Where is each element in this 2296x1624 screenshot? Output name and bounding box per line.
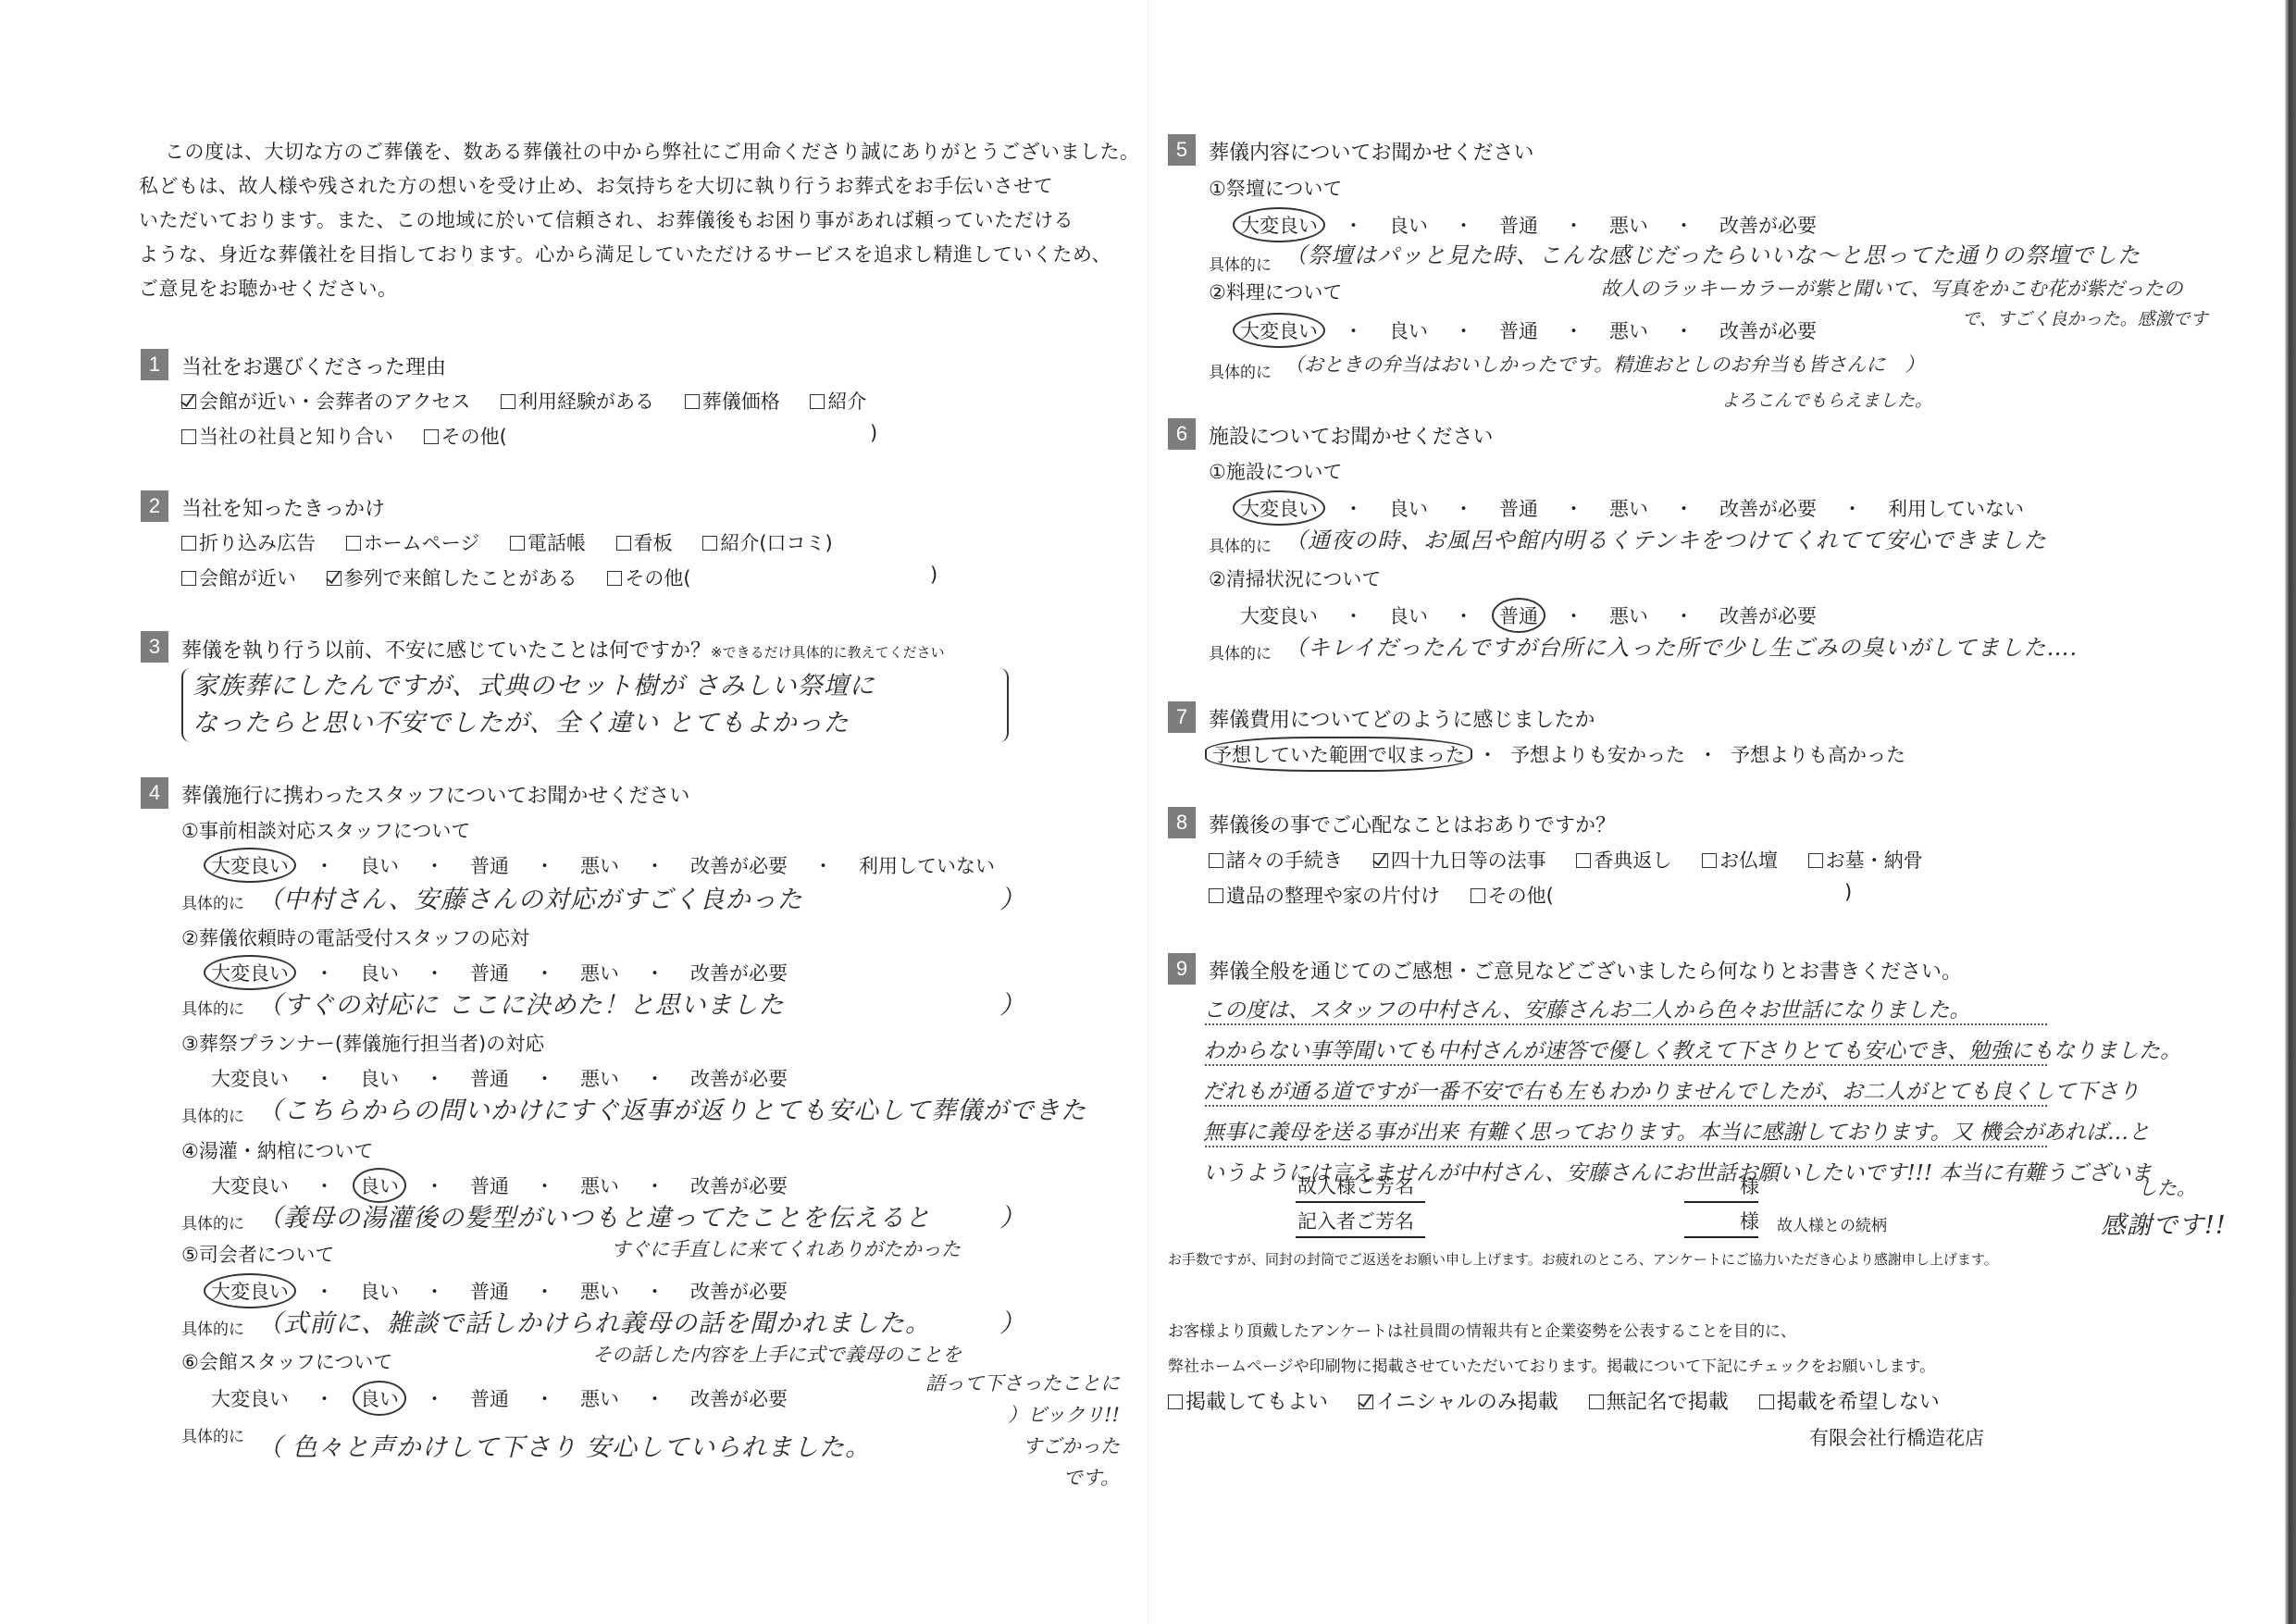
q5-item-1-answer[interactable]: （祭壇はパッと見た時、こんな感じだったらいいな〜と思ってた通りの祭壇でした bbox=[1285, 237, 2141, 269]
checkbox-icon[interactable] bbox=[1576, 853, 1591, 868]
checkbox-icon[interactable] bbox=[501, 394, 515, 409]
q9-margin-note: 感謝です!! bbox=[2101, 1205, 2227, 1241]
question-3-note: ※できるだけ具体的に教えてください bbox=[711, 644, 945, 661]
intro-line: ご意見をお聴かせください。 bbox=[139, 272, 1140, 306]
writer-name-underline bbox=[1296, 1236, 1425, 1238]
honorific: 様 bbox=[1740, 1207, 1759, 1234]
question-3-badge: 3 bbox=[141, 631, 168, 663]
checkbox-icon[interactable] bbox=[1168, 1395, 1183, 1409]
checkbox-option[interactable]: 電話帳 bbox=[510, 532, 586, 554]
intro-line: 私どもは、故人様や残された方の想いを受け止め、お気持ちを大切に執り行うお葬式をお… bbox=[139, 169, 1140, 204]
q5-item-2-answer[interactable]: （おときの弁当はおいしかったです。精進おとしのお弁当も皆さんに ） bbox=[1285, 350, 1924, 378]
q4-item-6-side-note: 語って下さったことに ）ビックリ!! すごかった です。 bbox=[925, 1368, 1120, 1494]
checkbox-icon[interactable] bbox=[607, 571, 622, 586]
q4-item-2-label: ②葬儀依頼時の電話受付スタッフの応対 bbox=[181, 924, 529, 951]
q4-item-5-answer[interactable]: （式前に、雑談で話しかけられ義母の話を聞かれました。 bbox=[257, 1303, 931, 1339]
q5-item-1-label: ①祭壇について bbox=[1209, 174, 1342, 202]
checkbox-option[interactable]: お墓・納骨 bbox=[1808, 849, 1923, 872]
rating-option[interactable]: 悪い bbox=[580, 1384, 619, 1412]
rating-option[interactable]: 良い bbox=[360, 1064, 399, 1092]
cost-option-selected[interactable]: 予想していた範囲で収まった bbox=[1205, 737, 1472, 772]
q4-item-5-answer-cont: その話した内容を上手に式で義母のことを bbox=[592, 1340, 962, 1368]
question-4-title: 葬儀施行に携わったスタッフについてお聞かせください bbox=[181, 780, 689, 809]
question-2-options-row1: 折り込み広告 ホームページ 電話帳 看板 紹介(口コミ) bbox=[181, 528, 857, 556]
specific-label: 具体的に bbox=[181, 890, 244, 913]
checkbox-option[interactable]: 紹介(口コミ) bbox=[702, 532, 832, 554]
specific-label: 具体的に bbox=[181, 1103, 244, 1126]
cost-option[interactable]: 予想よりも高かった bbox=[1731, 740, 1905, 768]
rating-option[interactable]: 悪い bbox=[1609, 601, 1648, 629]
checkbox-option[interactable]: その他( bbox=[1471, 885, 1554, 907]
checkbox-option[interactable]: 利用経験がある bbox=[501, 391, 654, 413]
cost-option[interactable]: 予想よりも安かった bbox=[1510, 740, 1685, 768]
q6-item-1-rating: 大変良い・ 良い・ 普通・ 悪い・ 改善が必要・ 利用していない bbox=[1240, 494, 2024, 522]
rating-option[interactable]: 悪い bbox=[580, 851, 619, 879]
checkbox-option[interactable]: 看板 bbox=[616, 532, 673, 554]
question-8-options-row2: 遺品の整理や家の片付け その他( bbox=[1209, 881, 1578, 909]
rating-option[interactable]: 大変良い bbox=[1240, 601, 1318, 629]
rating-option-selected[interactable]: 大変良い bbox=[204, 848, 296, 883]
question-3-title: 葬儀を執り行う以前、不安に感じていたことは何ですか？※できるだけ具体的に教えてく… bbox=[181, 635, 945, 663]
q4-item-1-rating: 大変良い・ 良い・ 普通・ 悪い・ 改善が必要・ 利用していない bbox=[211, 851, 995, 879]
checkbox-option[interactable]: ホームページ bbox=[346, 532, 480, 554]
checkbox-option[interactable]: イニシャルのみ掲載 bbox=[1359, 1391, 1558, 1414]
q6-item-2-answer[interactable]: （キレイだったんですが台所に入った所で少し生ごみの臭いがしてました…. bbox=[1285, 629, 2078, 662]
rating-option[interactable]: 良い bbox=[1389, 601, 1428, 629]
q4-item-1-label: ①事前相談対応スタッフについて bbox=[181, 816, 470, 844]
question-7-title: 葬儀費用についてどのように感じましたか bbox=[1209, 704, 1595, 733]
question-8-title: 葬儀後の事でご心配なことはおありですか？ bbox=[1209, 810, 1616, 838]
close-paren: ） bbox=[999, 1197, 1025, 1233]
q4-item-6-answer[interactable]: （ 色々と声かけして下さり 安心していられました。 bbox=[257, 1427, 871, 1463]
page-fold bbox=[1148, 0, 1148, 1624]
checkbox-option[interactable]: 会館が近い bbox=[181, 567, 296, 589]
checkbox-icon[interactable] bbox=[1589, 1395, 1604, 1409]
q6-item-2-label: ②清掃状況について bbox=[1209, 564, 1381, 592]
scan-edge bbox=[2285, 0, 2296, 1624]
q4-item-4-label: ④湯灌・納棺について bbox=[181, 1136, 373, 1164]
writer-name-field[interactable] bbox=[1684, 1236, 1758, 1238]
rating-option[interactable]: 悪い bbox=[1609, 211, 1648, 239]
close-paren: ) bbox=[930, 564, 937, 586]
rating-option[interactable]: 大変良い bbox=[211, 1384, 289, 1412]
rating-option[interactable]: 悪い bbox=[580, 1172, 619, 1199]
rating-option[interactable]: 普通 bbox=[470, 1384, 509, 1412]
checkbox-option[interactable]: その他( bbox=[424, 426, 507, 448]
rating-option[interactable]: 普通 bbox=[470, 959, 509, 986]
checkbox-icon[interactable] bbox=[510, 536, 525, 551]
q4-item-6-rating: 大変良い・ 良い・ 普通・ 悪い・ 改善が必要 bbox=[211, 1384, 788, 1412]
rating-option[interactable]: 悪い bbox=[580, 959, 619, 986]
specific-label: 具体的に bbox=[181, 1423, 244, 1446]
writer-name-label: 記入者ご芳名 bbox=[1297, 1207, 1414, 1234]
specific-label: 具体的に bbox=[181, 1210, 244, 1233]
q5-item-1-answer-cont: で、すごく良かった。感激です bbox=[1962, 305, 2208, 330]
checkbox-icon[interactable] bbox=[702, 536, 717, 551]
checkbox-icon[interactable] bbox=[1759, 1395, 1774, 1409]
q4-item-5-rating: 大変良い・ 良い・ 普通・ 悪い・ 改善が必要 bbox=[211, 1277, 788, 1305]
specific-label: 具体的に bbox=[1209, 359, 1272, 382]
checkbox-icon[interactable] bbox=[181, 429, 196, 444]
q4-item-2-answer[interactable]: （すぐの対応に ここに決めた！と思いました bbox=[257, 985, 785, 1021]
q4-item-3-answer[interactable]: （こちらからの問いかけにすぐ返事が返りとても安心して葬儀ができた bbox=[257, 1090, 1086, 1126]
rating-option[interactable]: 大変良い bbox=[211, 1064, 289, 1092]
rating-option[interactable]: 改善が必要 bbox=[690, 1384, 788, 1412]
intro-line: この度は、大切な方のご葬儀を、数ある葬儀社の中から弊社にご用命くださり誠にありが… bbox=[165, 135, 1140, 169]
checkbox-icon[interactable] bbox=[1808, 853, 1823, 868]
checkbox-option[interactable]: 折り込み広告 bbox=[181, 532, 316, 554]
question-2-title: 当社を知ったきっかけ bbox=[181, 493, 385, 522]
question-1-badge: 1 bbox=[141, 349, 168, 380]
rating-option[interactable]: 普通 bbox=[470, 1277, 509, 1305]
company-name: 有限会社行橋造花店 bbox=[1809, 1423, 1984, 1451]
rating-option[interactable]: 改善が必要 bbox=[1719, 494, 1817, 522]
checkbox-option[interactable]: お仏壇 bbox=[1702, 849, 1778, 872]
checkbox-option[interactable]: 遺品の整理や家の片付け bbox=[1209, 885, 1440, 907]
checkbox-icon[interactable] bbox=[181, 571, 196, 586]
question-9-badge: 9 bbox=[1168, 953, 1196, 985]
publication-text-2: 弊社ホームページや印刷物に掲載させていただいております。掲載について下記にチェッ… bbox=[1168, 1353, 1935, 1376]
checkbox-checked-icon[interactable] bbox=[327, 571, 341, 586]
honorific: 様 bbox=[1740, 1172, 1759, 1199]
q4-item-4-answer-cont: すぐに手直しに来てくれありがたかった bbox=[611, 1234, 961, 1262]
checkbox-icon[interactable] bbox=[346, 536, 361, 551]
rating-option[interactable]: 大変良い bbox=[211, 1172, 289, 1199]
checkbox-icon[interactable] bbox=[1209, 853, 1223, 868]
rating-option[interactable]: 良い bbox=[1389, 211, 1428, 239]
rating-option[interactable]: 改善が必要 bbox=[690, 851, 788, 879]
rating-option[interactable]: 普通 bbox=[1499, 211, 1538, 239]
close-paren: ） bbox=[999, 985, 1025, 1021]
checkbox-option[interactable]: 香典返し bbox=[1576, 849, 1671, 872]
checkbox-option[interactable]: 葬儀価格 bbox=[685, 391, 780, 413]
q4-item-4-rating: 大変良い・ 良い・ 普通・ 悪い・ 改善が必要 bbox=[211, 1172, 788, 1199]
checkbox-option[interactable]: 参列で来館したことがある bbox=[327, 567, 577, 589]
checkbox-option[interactable]: 諸々の手続き bbox=[1209, 849, 1343, 872]
q5-item-1-rating: 大変良い・ 良い・ 普通・ 悪い・ 改善が必要 bbox=[1240, 211, 1817, 239]
q4-item-2-rating: 大変良い・ 良い・ 普通・ 悪い・ 改善が必要 bbox=[211, 959, 788, 986]
q4-item-3-label: ③葬祭プランナー(葬儀施行担当者)の対応 bbox=[181, 1029, 544, 1057]
rating-option[interactable]: 悪い bbox=[1609, 316, 1648, 344]
close-paren: ) bbox=[1844, 881, 1852, 903]
checkbox-icon[interactable] bbox=[1471, 888, 1485, 903]
rating-option[interactable]: 改善が必要 bbox=[690, 959, 788, 986]
checkbox-icon[interactable] bbox=[424, 429, 439, 444]
rating-option[interactable]: 普通 bbox=[1499, 494, 1538, 522]
q7-options: 予想していた範囲で収まった・ 予想よりも安かった・ 予想よりも高かった bbox=[1212, 740, 1905, 768]
checkbox-option[interactable]: 掲載を希望しない bbox=[1759, 1391, 1940, 1414]
q5-item-2-answer-cont: よろこんでもらえました。 bbox=[1721, 387, 1932, 412]
q9-answer[interactable]: この度は、スタッフの中村さん、安藤さんお二人から色々お世話になりました。 わから… bbox=[1203, 990, 2181, 1194]
question-8-options-row1: 諸々の手続き 四十九日等の法事 香典返し お仏壇 お墓・納骨 bbox=[1209, 846, 1947, 874]
checkbox-checked-icon[interactable] bbox=[181, 394, 196, 409]
checkbox-option[interactable]: その他( bbox=[607, 567, 690, 589]
question-6-title: 施設についてお聞かせください bbox=[1209, 421, 1494, 450]
question-5-title: 葬儀内容についてお聞かせください bbox=[1209, 137, 1534, 166]
checkbox-option[interactable]: 掲載してもよい bbox=[1168, 1391, 1328, 1414]
question-1-options-row2: 当社の社員と知り合い その他( bbox=[181, 422, 531, 450]
close-paren: ） bbox=[999, 1303, 1025, 1339]
answer-line bbox=[1205, 1146, 2047, 1147]
question-9-title: 葬儀全般を通じてのご感想・ご意見などございましたら何なりとお書きください。 bbox=[1209, 956, 1962, 985]
checkbox-icon[interactable] bbox=[1702, 853, 1717, 868]
checkbox-option[interactable]: 会館が近い・会葬者のアクセス bbox=[181, 391, 470, 413]
specific-label: 具体的に bbox=[1209, 533, 1272, 556]
rating-option[interactable]: 普通 bbox=[470, 1064, 509, 1092]
rating-option[interactable]: 良い bbox=[1389, 316, 1428, 344]
rating-option-selected[interactable]: 普通 bbox=[1492, 598, 1545, 633]
checkbox-icon[interactable] bbox=[1209, 888, 1223, 903]
intro-line: いただいております。また、この地域に於いて信頼され、お葬儀後もお困り事があれば頼… bbox=[139, 204, 1140, 238]
question-1-title: 当社をお選びくださった理由 bbox=[181, 352, 446, 380]
deceased-name-label: 故人様ご芳名 bbox=[1297, 1172, 1414, 1199]
question-2-badge: 2 bbox=[141, 490, 168, 522]
checkbox-option[interactable]: 四十九日等の法事 bbox=[1373, 849, 1546, 872]
q5-item-2-rating: 大変良い・ 良い・ 普通・ 悪い・ 改善が必要 bbox=[1240, 316, 1817, 344]
close-paren: ) bbox=[870, 422, 877, 444]
rating-option[interactable]: 悪い bbox=[580, 1064, 619, 1092]
q4-item-1-answer[interactable]: （中村さん、安藤さんの対応がすごく良かった bbox=[257, 879, 803, 915]
checkbox-icon[interactable] bbox=[616, 536, 631, 551]
q6-item-1-label: ①施設について bbox=[1209, 457, 1342, 485]
publication-options: 掲載してもよい イニシャルのみ掲載 無記名で掲載 掲載を希望しない bbox=[1168, 1386, 1964, 1415]
q6-item-1-answer[interactable]: （通夜の時、お風呂や館内明るくテンキをつけてくれてて安心できました bbox=[1285, 522, 2047, 554]
publication-text-1: お客様より頂戴したアンケートは社員間の情報共有と企業姿勢を公表することを目的に、 bbox=[1168, 1318, 1796, 1341]
relation-label: 故人様との続柄 bbox=[1777, 1212, 1887, 1235]
rating-option[interactable]: 良い bbox=[360, 851, 399, 879]
q5-item-2-label: ②料理について bbox=[1209, 278, 1342, 305]
q5-item-1-answer-cont: 故人のラッキーカラーが紫と聞いて、写真をかこむ花が紫だったの bbox=[1601, 274, 2183, 302]
rating-option[interactable]: 良い bbox=[1389, 494, 1428, 522]
specific-label: 具体的に bbox=[1209, 640, 1272, 663]
q4-item-3-rating: 大変良い・ 良い・ 普通・ 悪い・ 改善が必要 bbox=[211, 1064, 788, 1092]
answer-line bbox=[1205, 1023, 2047, 1025]
question-4-badge: 4 bbox=[141, 777, 168, 809]
rating-option[interactable]: 改善が必要 bbox=[1719, 211, 1817, 239]
answer-line bbox=[1205, 1064, 2047, 1066]
rating-option[interactable]: 利用していない bbox=[1888, 494, 2024, 522]
q4-item-4-answer[interactable]: （義母の湯灌後の髪型がいつもと違ってたことを伝えると bbox=[257, 1197, 931, 1233]
rating-option[interactable]: 良い bbox=[360, 1277, 399, 1305]
close-paren: ） bbox=[999, 879, 1025, 915]
rating-option[interactable]: 悪い bbox=[580, 1277, 619, 1305]
checkbox-icon[interactable] bbox=[685, 394, 700, 409]
checkbox-icon[interactable] bbox=[810, 394, 825, 409]
closing-note: お手数ですが、同封の封筒でご返送をお願い申し上げます。お疲れのところ、アンケート… bbox=[1168, 1249, 1998, 1269]
rating-option-selected[interactable]: 大変良い bbox=[1233, 313, 1325, 348]
rating-option[interactable]: 普通 bbox=[470, 1172, 509, 1199]
question-5-badge: 5 bbox=[1168, 134, 1196, 166]
rating-option[interactable]: 改善が必要 bbox=[1719, 601, 1817, 629]
rating-option[interactable]: 改善が必要 bbox=[690, 1064, 788, 1092]
answer-line bbox=[1205, 1105, 2047, 1107]
question-2-options-row2: 会館が近い 参列で来館したことがある その他( bbox=[181, 564, 715, 591]
question-6-badge: 6 bbox=[1168, 418, 1196, 450]
rating-option-selected[interactable]: 大変良い bbox=[1233, 490, 1325, 526]
intro-text: この度は、大切な方のご葬儀を、数ある葬儀社の中から弊社にご用命くださり誠にありが… bbox=[165, 135, 1140, 306]
rating-option[interactable]: 悪い bbox=[1609, 494, 1648, 522]
checkbox-checked-icon[interactable] bbox=[1373, 853, 1388, 868]
deceased-name-underline bbox=[1296, 1201, 1425, 1203]
rating-option-selected[interactable]: 良い bbox=[353, 1381, 406, 1416]
checkbox-option[interactable]: 無記名で掲載 bbox=[1589, 1391, 1729, 1414]
q4-item-6-label: ⑥会館スタッフについて bbox=[181, 1347, 392, 1375]
specific-label: 具体的に bbox=[181, 1316, 244, 1339]
rating-option[interactable]: 改善が必要 bbox=[690, 1277, 788, 1305]
rating-option[interactable]: 改善が必要 bbox=[690, 1172, 788, 1199]
checkbox-checked-icon[interactable] bbox=[1359, 1395, 1373, 1409]
rating-option[interactable]: 利用していない bbox=[859, 851, 995, 879]
rating-option[interactable]: 良い bbox=[360, 959, 399, 986]
question-7-badge: 7 bbox=[1168, 701, 1196, 733]
intro-line: ような、身近な葬儀社を目指しております。心から満足していただけるサービスを追求し… bbox=[139, 238, 1140, 272]
rating-option[interactable]: 普通 bbox=[470, 851, 509, 879]
q9-margin-note: した。 bbox=[2138, 1173, 2196, 1201]
question-1-options-row1: 会館が近い・会葬者のアクセス 利用経験がある 葬儀価格 紹介 bbox=[181, 387, 890, 415]
specific-label: 具体的に bbox=[1209, 252, 1272, 275]
question-8-badge: 8 bbox=[1168, 807, 1196, 838]
checkbox-option[interactable]: 紹介 bbox=[810, 391, 866, 413]
specific-label: 具体的に bbox=[181, 996, 244, 1019]
rating-option[interactable]: 普通 bbox=[1499, 316, 1538, 344]
q4-item-5-label: ⑤司会者について bbox=[181, 1240, 334, 1268]
question-3-answer[interactable]: 家族葬にしたんですが、式典のセット樹が さみしい祭壇に なったらと思い不安でした… bbox=[181, 668, 1009, 742]
checkbox-icon[interactable] bbox=[181, 536, 196, 551]
q6-item-2-rating: 大変良い・ 良い・ 普通・ 悪い・ 改善が必要 bbox=[1240, 601, 1817, 629]
rating-option[interactable]: 改善が必要 bbox=[1719, 316, 1817, 344]
deceased-name-field[interactable] bbox=[1684, 1201, 1758, 1203]
checkbox-option[interactable]: 当社の社員と知り合い bbox=[181, 426, 393, 448]
